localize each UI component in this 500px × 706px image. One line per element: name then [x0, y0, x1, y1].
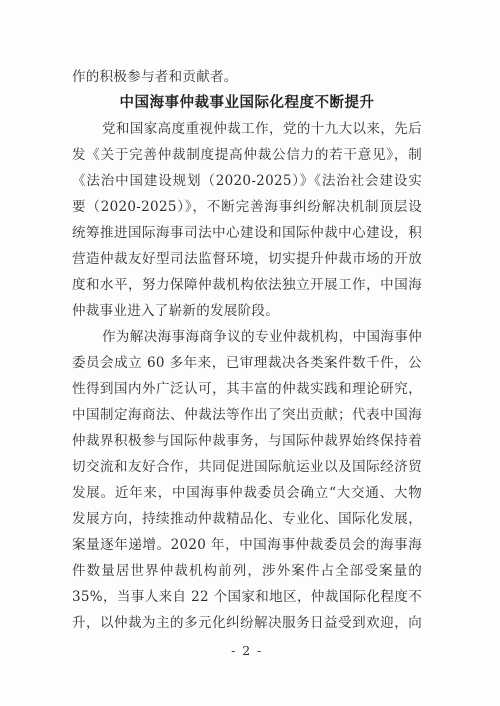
body-line: 作为解决海事海商争议的专业仲裁机构，中国海事仲裁	[72, 324, 422, 350]
page-number: - 2 -	[72, 638, 422, 664]
body-line: 件数量居世界仲裁机构前列，涉外案件占全部受案量的	[72, 558, 422, 584]
body-line: 发展方向，持续推动仲裁精品化、专业化、国际化发展，受	[72, 506, 422, 532]
section-heading: 中国海事仲裁事业国际化程度不断提升	[72, 90, 422, 116]
body-line: 升，以仲裁为主的多元化纠纷解决服务日益受到欢迎，向世	[72, 610, 422, 636]
body-line: 作的积极参与者和贡献者。	[72, 64, 422, 90]
body-line: 《法治中国建设规划（2020-2025）》《法治社会建设实施纲	[72, 168, 422, 194]
body-line: 发展。近年来，中国海事仲裁委员会确立“大交通、大物流”	[72, 480, 422, 506]
document-text-block: 作的积极参与者和贡献者。中国海事仲裁事业国际化程度不断提升党和国家高度重视仲裁工…	[72, 64, 422, 636]
body-line: 营造仲裁友好型司法监督环境，切实提升仲裁市场的开放力	[72, 246, 422, 272]
body-line: 度和水平，努力保障仲裁机构依法独立开展工作，中国海事	[72, 272, 422, 298]
body-line: 统筹推进国际海事司法中心建设和国际仲裁中心建设，积极	[72, 220, 422, 246]
body-line: 要（2020-2025）》，不断完善海事纠纷解决机制顶层设计，	[72, 194, 422, 220]
body-line: 中国制定海商法、仲裁法等作出了突出贡献；代表中国海事	[72, 402, 422, 428]
document-page: 作的积极参与者和贡献者。中国海事仲裁事业国际化程度不断提升党和国家高度重视仲裁工…	[0, 0, 500, 706]
body-line: 性得到国内外广泛认可，其丰富的仲裁实践和理论研究，为	[72, 376, 422, 402]
body-line: 发《关于完善仲裁制度提高仲裁公信力的若干意见》，制定	[72, 142, 422, 168]
body-line: 35%，当事人来自 22 个国家和地区，仲裁国际化程度不断提	[72, 584, 422, 610]
body-line: 党和国家高度重视仲裁工作，党的十九大以来，先后印	[72, 116, 422, 142]
body-line: 委员会成立 60 多年来，已审理裁决各类案件数千件，公正	[72, 350, 422, 376]
body-line: 案量逐年递增。2020 年，中国海事仲裁委员会的海事海商案	[72, 532, 422, 558]
body-line: 切交流和友好合作，共同促进国际航运业以及国际经济贸易	[72, 454, 422, 480]
body-line: 仲裁界积极参与国际仲裁事务，与国际仲裁界始终保持着密	[72, 428, 422, 454]
body-line: 仲裁事业进入了崭新的发展阶段。	[72, 298, 422, 324]
